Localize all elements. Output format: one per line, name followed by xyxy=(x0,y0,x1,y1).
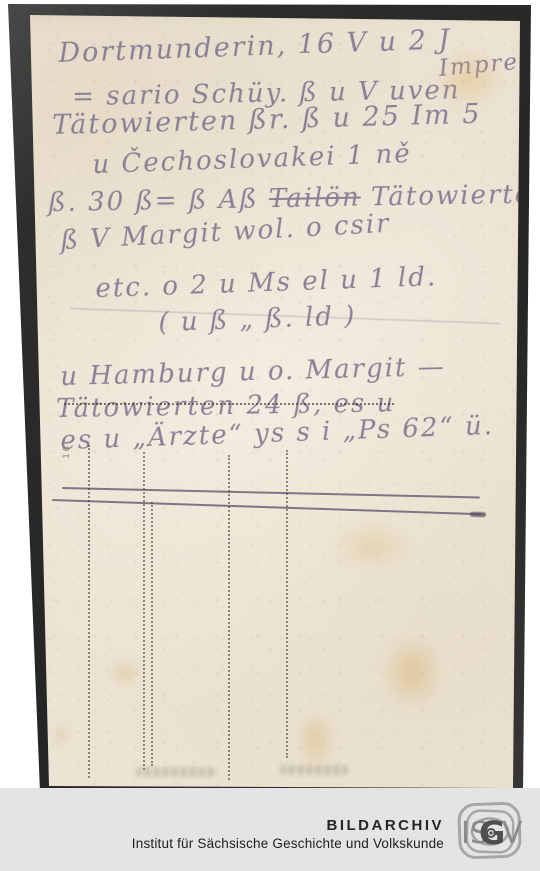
handwriting-line-1-right: Impre. xyxy=(438,50,529,81)
handwriting-struck-word: Tailön xyxy=(269,183,361,215)
isgv-logo-letter-v: V xyxy=(502,816,523,851)
scanned-archive-page: { "colors": { "paper": "#ebe3d3", "penci… xyxy=(0,0,540,871)
archive-footer-text: BILDARCHIV Institut für Sächsische Gesch… xyxy=(132,818,444,851)
stain-lower-center xyxy=(296,712,336,768)
stain-lower-right-large xyxy=(382,636,442,708)
printed-dotted-line-vertical-3 xyxy=(151,502,153,766)
stain-top-right xyxy=(430,46,508,110)
printed-dotted-line-horizontal xyxy=(64,403,394,405)
handwriting-line-6: ß V Margit wol. o csir xyxy=(60,211,391,254)
pencil-rule-bottom xyxy=(52,499,482,515)
handwriting-line-4: u Čechoslovakei 1 ně xyxy=(92,141,412,178)
handwriting-line-5-pre: ß. 30 ß= ß Aß xyxy=(48,184,269,218)
printed-dotted-line-vertical-4 xyxy=(228,455,230,780)
handwriting-line-3: Tätowierten ßr. ß u 25 Im 5 xyxy=(52,101,482,139)
printed-dotted-line-vertical-2 xyxy=(143,452,145,770)
handwriting-line-7: etc. o 2 u Ms el u 1 ld. xyxy=(95,264,438,302)
archive-title: BILDARCHIV xyxy=(132,818,444,833)
pencil-sweep-line xyxy=(70,308,500,324)
faint-stamp-right xyxy=(280,765,348,775)
printed-dotted-line-vertical-5 xyxy=(286,450,288,758)
pencil-rule-top xyxy=(62,487,480,498)
stain-left-edge xyxy=(52,724,70,746)
handwriting-line-8: ( u ß „ ß. ld ) xyxy=(158,303,357,336)
isgv-logo-g-spiral-dot xyxy=(489,831,492,834)
isgv-logo: IS G V xyxy=(455,797,525,863)
handwriting-line-5-post: Tätowierte xyxy=(360,180,532,213)
postcard-back: Dortmunderin, 16 V u 2 J Impre. = sario … xyxy=(0,0,540,871)
handwriting-line-2: = sario Schüy. ß u V uven xyxy=(72,77,461,110)
handwriting-line-10: Tätowierten 24 ß, es u xyxy=(56,390,396,422)
stain-middle-right xyxy=(330,520,414,572)
archive-subtitle: Institut für Sächsische Geschichte und V… xyxy=(132,837,444,851)
faint-stamp-left xyxy=(136,767,218,777)
handwriting-line-5: ß. 30 ß= ß Aß Tailön Tätowierte xyxy=(48,182,532,216)
pencil-rule-end-blob xyxy=(470,512,486,518)
handwriting-line-9: u Hamburg u o. Margit — xyxy=(60,354,446,390)
handwriting-line-11: es u „Ärzte“ ys s i „Ps 62“ ü. xyxy=(60,413,494,454)
archive-footer: BILDARCHIV Institut für Sächsische Gesch… xyxy=(0,788,540,871)
handwriting-line-1: Dortmunderin, 16 V u 2 J xyxy=(58,26,452,67)
stain-lower-left xyxy=(108,658,142,688)
printed-dotted-line-vertical-1 xyxy=(88,445,90,778)
printed-side-number: 16 xyxy=(62,444,72,459)
